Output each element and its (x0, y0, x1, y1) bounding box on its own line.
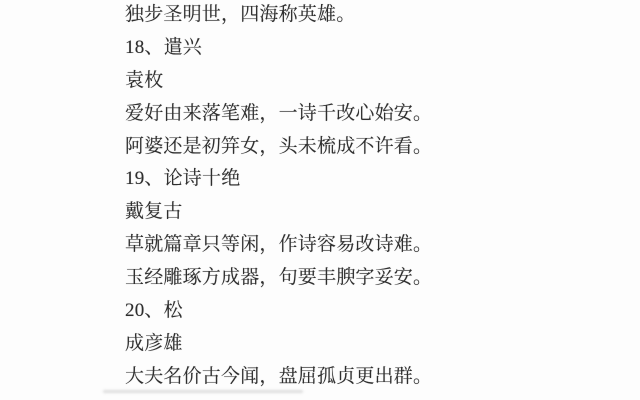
text-line-heading: 19、论诗十绝 (125, 163, 625, 196)
text-line-author: 戴复古 (125, 196, 625, 229)
text-line-verse: 大夫名价古今闻，盘屈孤贞更出群。 (125, 361, 625, 394)
text-line-heading: 18、遣兴 (125, 32, 625, 65)
poem-text-block: 独步圣明世，四海称英雄。18、遣兴袁枚爱好由来落笔难，一诗千改心始安。阿婆还是初… (125, 0, 625, 394)
text-line-verse: 草就篇章只等闲，作诗容易改诗难。 (125, 229, 625, 262)
text-line-author: 成彦雄 (125, 328, 625, 361)
text-line-author: 袁枚 (125, 65, 625, 98)
text-line-verse: 玉经雕琢方成器，句要丰腴字妥安。 (125, 262, 625, 295)
cropped-next-line-artifact (103, 390, 303, 393)
text-line-verse: 独步圣明世，四海称英雄。 (125, 0, 625, 32)
text-line-verse: 阿婆还是初笄女，头未梳成不许看。 (125, 131, 625, 164)
text-line-heading: 20、松 (125, 295, 625, 328)
document-page: 独步圣明世，四海称英雄。18、遣兴袁枚爱好由来落笔难，一诗千改心始安。阿婆还是初… (0, 0, 640, 400)
text-line-verse: 爱好由来落笔难，一诗千改心始安。 (125, 98, 625, 131)
